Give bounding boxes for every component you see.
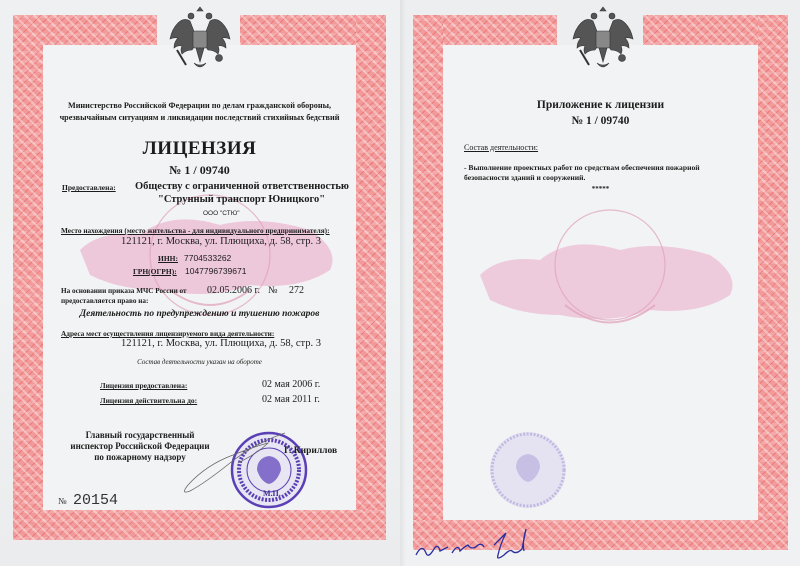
- basis-label-line2: предоставляется право на:: [61, 297, 148, 305]
- valid-label: Лицензия действительна до:: [100, 396, 197, 405]
- granted-to-short: ООО "СТЮ": [203, 210, 240, 217]
- basis-no-label: №: [268, 285, 278, 296]
- addresses-value: 121121, г. Москва, ул. Плющиха, д. 58, с…: [121, 338, 321, 349]
- guilloche-border: [13, 510, 386, 540]
- license-page: Министерство Российской Федерации по дел…: [0, 0, 400, 566]
- addresses-label: Адреса мест осуществления лицензируемого…: [61, 329, 274, 338]
- guilloche-border: [356, 15, 386, 540]
- inn-label: ИНН:: [158, 254, 178, 263]
- issued-value: 02 мая 2006 г.: [262, 379, 320, 390]
- appendix-title: Приложение к лицензии: [443, 99, 758, 111]
- basis-date: 02.05.2006 г.: [207, 285, 260, 296]
- form-number: 20154: [73, 492, 118, 509]
- signatory-name: Г. Кириллов: [284, 446, 337, 456]
- issued-label: Лицензия предоставлена:: [100, 381, 187, 390]
- composition-note: Состав деятельности указан на обороте: [43, 358, 356, 366]
- composition-line2: безопасности зданий и сооружений.: [464, 173, 585, 182]
- separator: *****: [443, 185, 758, 193]
- activity-text: Деятельность по предупреждению и тушению…: [43, 309, 356, 319]
- location-label: Место нахождения (место жительства - для…: [61, 226, 330, 235]
- license-appendix-page: Приложение к лицензии № 1 / 09740 Состав…: [400, 0, 800, 566]
- appendix-number: № 1 / 09740: [443, 115, 758, 127]
- coat-of-arms-icon: [563, 3, 643, 83]
- guilloche-border: [13, 15, 43, 540]
- ministry-heading: Министерство Российской Федерации по дел…: [43, 100, 356, 124]
- guilloche-border: [413, 15, 443, 543]
- form-number-label: №: [58, 496, 67, 506]
- ogrn-label: ГРН(ОГРН):: [133, 267, 177, 276]
- license-title: ЛИЦЕНЗИЯ: [43, 138, 356, 160]
- composition-label: Состав деятельности:: [464, 143, 538, 152]
- granted-to-label: Предоставлена:: [62, 183, 116, 192]
- ogrn-value: 1047796739671: [185, 266, 246, 276]
- granted-to-line1: Обществу с ограниченной ответственностью: [135, 181, 349, 192]
- inn-value: 7704533262: [184, 253, 231, 263]
- composition-line1: - Выполнение проектных работ по средства…: [464, 163, 700, 172]
- granted-to-line2: "Струнный транспорт Юницкого": [158, 194, 325, 205]
- guilloche-border: [758, 15, 788, 543]
- basis-label-line1: На основании приказа МЧС России от: [61, 287, 187, 295]
- coat-of-arms-icon: [160, 3, 240, 83]
- license-number: № 1 / 09740: [43, 163, 356, 178]
- basis-no: 272: [289, 285, 304, 296]
- valid-value: 02 мая 2011 г.: [262, 394, 320, 405]
- stamp-mark: М.П.: [263, 489, 281, 498]
- ink-signature: [412, 525, 562, 563]
- location-value: 121121, г. Москва, ул. Плющиха, д. 58, с…: [121, 236, 321, 247]
- signature: [180, 425, 290, 495]
- faded-seal-imprint: [488, 430, 568, 510]
